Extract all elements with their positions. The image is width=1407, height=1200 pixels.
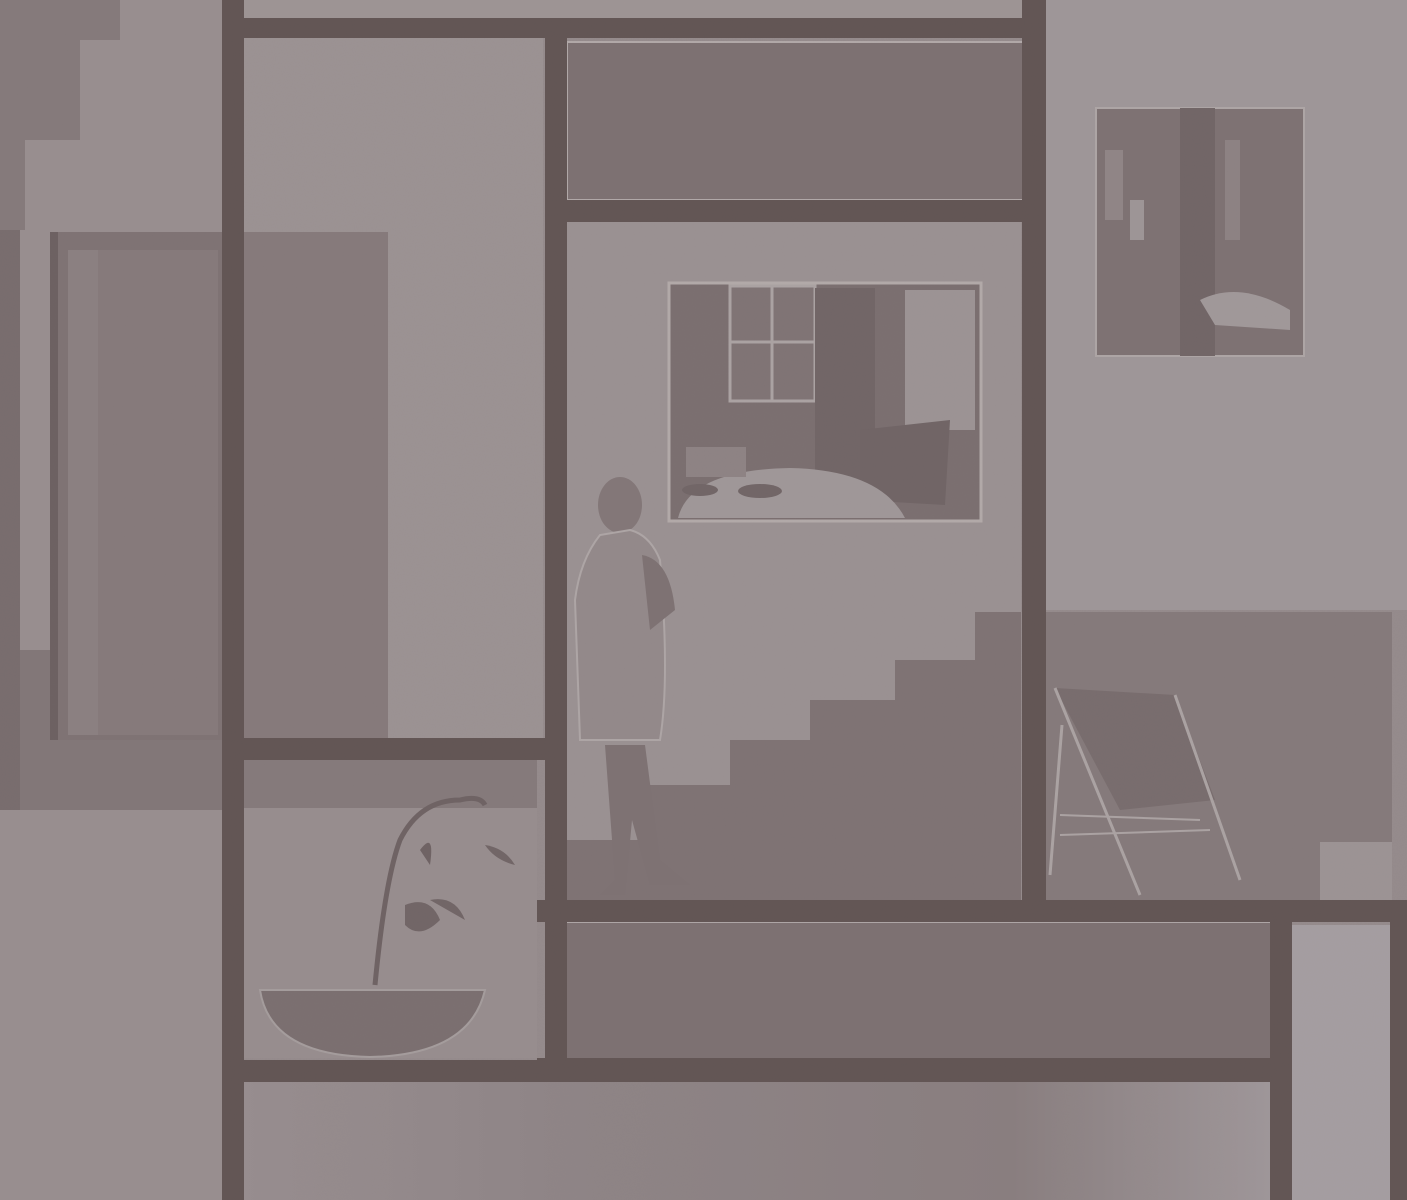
texture-overlay (0, 0, 1407, 1200)
artwork-canvas (0, 0, 1407, 1200)
